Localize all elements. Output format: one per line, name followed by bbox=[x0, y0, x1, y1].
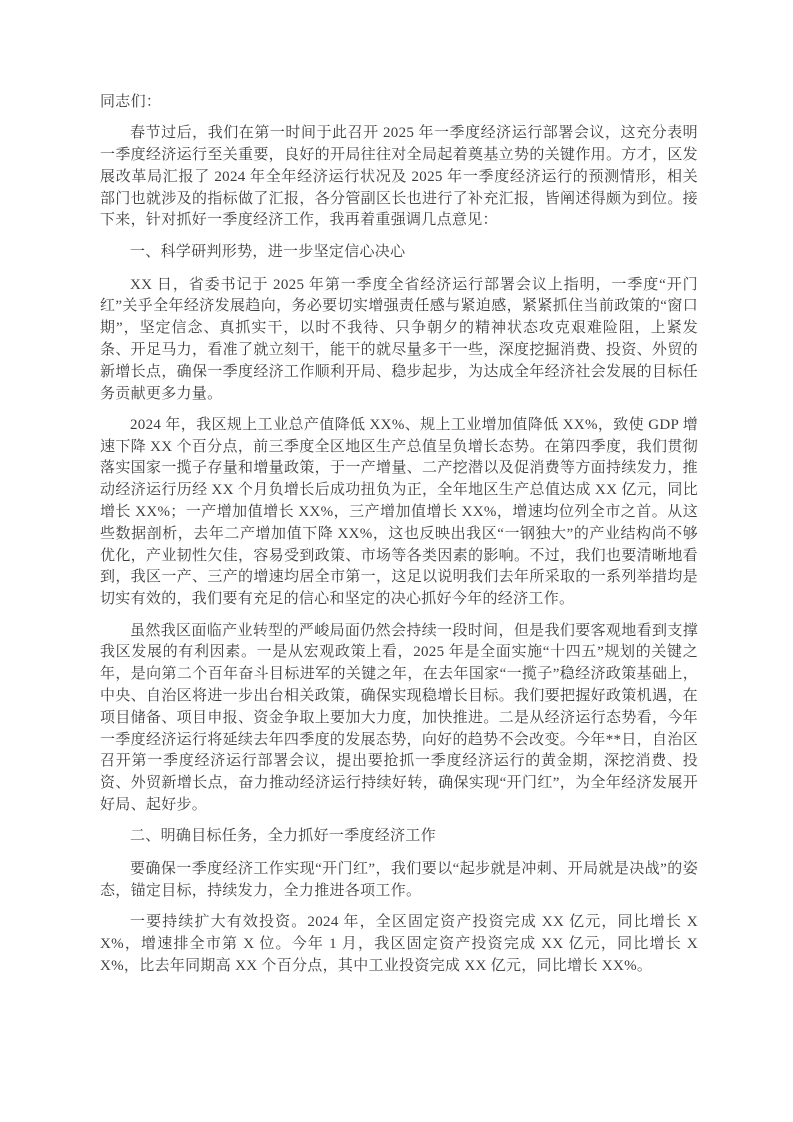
paragraph-intro: 春节过后，我们在第一时间于此召开 2025 年一季度经济运行部署会议，这充分表明… bbox=[100, 123, 698, 232]
section-heading-1: 一、科学研判形势，进一步坚定信心决心 bbox=[100, 242, 698, 264]
section-heading-2: 二、明确目标任务，全力抓好一季度经济工作 bbox=[100, 826, 698, 848]
paragraph-2024-review: 2024 年，我区规上工业总产值降低 XX%、规上工业增加值降低 XX%，致使 … bbox=[100, 415, 698, 611]
paragraph-goal-attitude: 要确保一季度经济工作实现“开门红”，我们要以“起步就是冲刺、开局就是决战”的姿态… bbox=[100, 859, 698, 903]
paragraph-favorable-factors: 虽然我区面临产业转型的严峻局面仍然会持续一段时间，但是我们要客观地看到支撑我区发… bbox=[100, 621, 698, 817]
salutation: 同志们： bbox=[100, 92, 698, 114]
paragraph-investment: 一要持续扩大有效投资。2024 年，全区固定资产投资完成 XX 亿元，同比增长 … bbox=[100, 912, 698, 977]
document-page: 同志们： 春节过后，我们在第一时间于此召开 2025 年一季度经济运行部署会议，… bbox=[0, 0, 793, 1122]
paragraph-provincial-meeting: XX 日，省委书记于 2025 年第一季度全省经济运行部署会议上指明，一季度“开… bbox=[100, 275, 698, 406]
